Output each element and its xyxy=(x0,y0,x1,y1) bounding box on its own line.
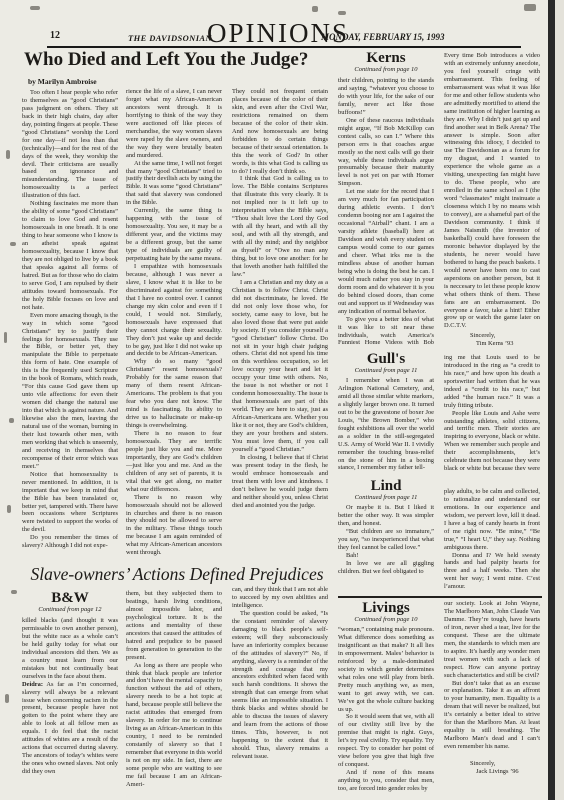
article-paragraph: There is no reason why homosexuals shoul… xyxy=(126,494,222,558)
lind-heading: Lind Continued from page 11 xyxy=(338,478,434,502)
kerns-text-col2: Every time Bob introduces a video with a… xyxy=(444,52,540,332)
article-paragraph: One of these raucous individuals might a… xyxy=(338,117,434,189)
article-paragraph: them, but they subjected them to beating… xyxy=(126,590,222,662)
bw-column-3: can, and they think that I am not able t… xyxy=(232,586,328,797)
slave-article-headline: Slave-owners’ Actions Defined Prejudices xyxy=(22,564,332,585)
livings-title: Livings xyxy=(338,600,434,616)
livings-heading: Livings Continued from page 10 xyxy=(338,600,434,624)
letters-column-5: Every time Bob introduces a video with a… xyxy=(444,52,540,594)
deidra-paragraph: Deidra: As far as I’m concerned, slavery… xyxy=(22,681,118,776)
main-article-column-1: by Marilyn Ambroise Too often I hear peo… xyxy=(22,78,118,566)
bw-column-2: them, but they subjected them to beating… xyxy=(126,590,222,797)
scan-speck xyxy=(338,11,346,15)
scan-speck xyxy=(5,694,9,703)
article-paragraph: They could not frequent certain places b… xyxy=(232,88,328,175)
livings-signature: Jack Livings ’96 xyxy=(444,768,540,776)
article-paragraph: Bah! xyxy=(338,552,434,560)
article-paragraph: In closing, I believe that if Christ was… xyxy=(232,454,328,510)
livings-continued-note: Continued from page 10 xyxy=(338,616,434,624)
article-paragraph: rience the life of a slave, I can never … xyxy=(126,88,222,160)
scan-edge-bar xyxy=(548,0,555,800)
kerns-text-col1: their children, pointing to the stands a… xyxy=(338,77,434,347)
main-article-column-3: They could not frequent certain places b… xyxy=(232,88,328,566)
article-paragraph: Nothing fascinates me more than the abil… xyxy=(22,200,118,311)
scan-speck xyxy=(4,332,7,343)
deidra-text: As far as I’m concerned, slavery will al… xyxy=(22,681,118,775)
bw-heading: B&W Continued from page 12 xyxy=(22,590,118,614)
livings-column-2: our society. Look at John Wayne, The Mar… xyxy=(444,600,540,797)
byline: by Marilyn Ambroise xyxy=(28,78,118,86)
livings-section-rule xyxy=(338,596,542,598)
livings-signoff-sincerely: Sincerely, xyxy=(444,760,540,768)
page-number: 12 xyxy=(50,30,60,41)
scan-speck xyxy=(30,6,40,10)
scan-speck xyxy=(6,150,10,159)
issue-date: MONDAY, FEBRUARY 15, 1993 xyxy=(321,32,444,42)
scan-speck xyxy=(11,590,17,594)
gulls-continued-note: Continued from page 11 xyxy=(338,367,434,375)
article-paragraph: their children, pointing to the stands a… xyxy=(338,77,434,117)
article-paragraph: And if none of this means anything to yo… xyxy=(338,769,434,793)
article-paragraph: I empathize with homosexuals because, al… xyxy=(126,263,222,358)
article-paragraph: Even more amazing though, is the way in … xyxy=(22,312,118,471)
bw-text-col1: killed blacks (and thought it was permis… xyxy=(22,617,118,681)
article-paragraph: our society. Look at John Wayne, The Mar… xyxy=(444,600,540,680)
scan-speck xyxy=(9,418,14,423)
article-paragraph: There is no reason to fear homosexuals. … xyxy=(126,430,222,494)
bw-column-1: B&W Continued from page 12 killed blacks… xyxy=(22,590,118,797)
letters-column-4: Kerns Continued from page 10 their child… xyxy=(338,50,434,594)
livings-text-col1: “woman,” containing male pronouns. What … xyxy=(338,626,434,793)
scan-edge-strip xyxy=(555,0,564,800)
article-paragraph: I am a Christian and my duty as a Christ… xyxy=(232,279,328,454)
article-paragraph: ing me that Louis used to be introduced … xyxy=(444,354,540,410)
lind-text-col1: Or maybe it is. But I liked it better th… xyxy=(338,504,434,592)
article-paragraph: Currently, the same thing is happening w… xyxy=(126,207,222,263)
livings-text-col2: our society. Look at John Wayne, The Mar… xyxy=(444,600,540,760)
article-paragraph: To give you a better idea of what it was… xyxy=(338,316,434,347)
article-paragraph: I remember when I was at Arlington Natio… xyxy=(338,377,434,472)
scan-speck xyxy=(10,242,16,246)
newspaper-page: 12 THE DAVIDSONIAN OPINIONS MONDAY, FEBR… xyxy=(0,0,564,800)
article-paragraph: can, and they think that I am not able t… xyxy=(232,586,328,610)
scan-speck xyxy=(7,505,11,513)
article-paragraph: At the same time, I will not forget that… xyxy=(126,160,222,208)
header-rule xyxy=(47,46,521,48)
kerns-signature: Tim Kerns ’93 xyxy=(444,340,540,348)
lind-continued-note: Continued from page 11 xyxy=(338,494,434,502)
kerns-signoff: Sincerely, Tim Kerns ’93 xyxy=(444,332,540,348)
article-paragraph: “But children are so immature,” you say,… xyxy=(338,528,434,552)
scan-speck xyxy=(312,6,318,12)
kerns-heading: Kerns Continued from page 10 xyxy=(338,50,434,74)
article-paragraph: In love we are all giggling children. Bu… xyxy=(338,560,434,576)
main-headline: Who Died and Left You the Judge? xyxy=(24,49,330,71)
article-paragraph: As long as there are people who think th… xyxy=(126,662,222,789)
bw-continued-note: Continued from page 12 xyxy=(22,606,118,614)
article-paragraph: “woman,” containing male pronouns. What … xyxy=(338,626,434,713)
article-paragraph: Why do so many “good Christians” resent … xyxy=(126,358,222,430)
article-paragraph: killed blacks (and thought it was permis… xyxy=(22,617,118,681)
article-paragraph: I think that God is calling us to love. … xyxy=(232,175,328,278)
kerns-continued-note: Continued from page 10 xyxy=(338,66,434,74)
article-paragraph: play adults, to be calm and collected, t… xyxy=(444,488,540,552)
gulls-text-col1: I remember when I was at Arlington Natio… xyxy=(338,377,434,474)
article-paragraph: Let me state for the record that I am ve… xyxy=(338,188,434,315)
gulls-text-col2: ing me that Louis used to be introduced … xyxy=(444,354,540,470)
main-article-column-2: rience the life of a slave, I can never … xyxy=(126,88,222,566)
deidra-speaker-label: Deidra: xyxy=(22,681,43,688)
kerns-title: Kerns xyxy=(338,50,434,66)
article-paragraph: Notice that homosexuality is never menti… xyxy=(22,471,118,535)
lind-text-col2: play adults, to be calm and collected, t… xyxy=(444,488,540,590)
livings-column-1: Livings Continued from page 10 “woman,” … xyxy=(338,600,434,797)
gulls-title: Gull's xyxy=(338,351,434,367)
article-paragraph: Every time Bob introduces a video with a… xyxy=(444,52,540,330)
scan-speck xyxy=(524,4,536,11)
kerns-signoff-sincerely: Sincerely, xyxy=(444,332,540,340)
article-paragraph: Donna and I? We held sweaty hands and ha… xyxy=(444,552,540,590)
article-paragraph: Or maybe it is. But I liked it better th… xyxy=(338,504,434,528)
lind-title: Lind xyxy=(338,478,434,494)
gulls-heading: Gull's Continued from page 11 xyxy=(338,351,434,375)
article-paragraph: The question could be asked, “Is the con… xyxy=(232,610,328,761)
bw-title: B&W xyxy=(22,590,118,606)
article-paragraph: Too often I hear people who refer to the… xyxy=(22,89,118,200)
article-paragraph: People like Louis and Ashe were outstand… xyxy=(444,410,540,470)
paper-name: THE DAVIDSONIAN xyxy=(128,33,212,43)
article-paragraph: But don’t take that as an excuse or expl… xyxy=(444,680,540,752)
article-paragraph: Do you remember the times of slavery? Al… xyxy=(22,534,118,550)
article-paragraph: So it would seem that we, with all of ou… xyxy=(338,713,434,769)
